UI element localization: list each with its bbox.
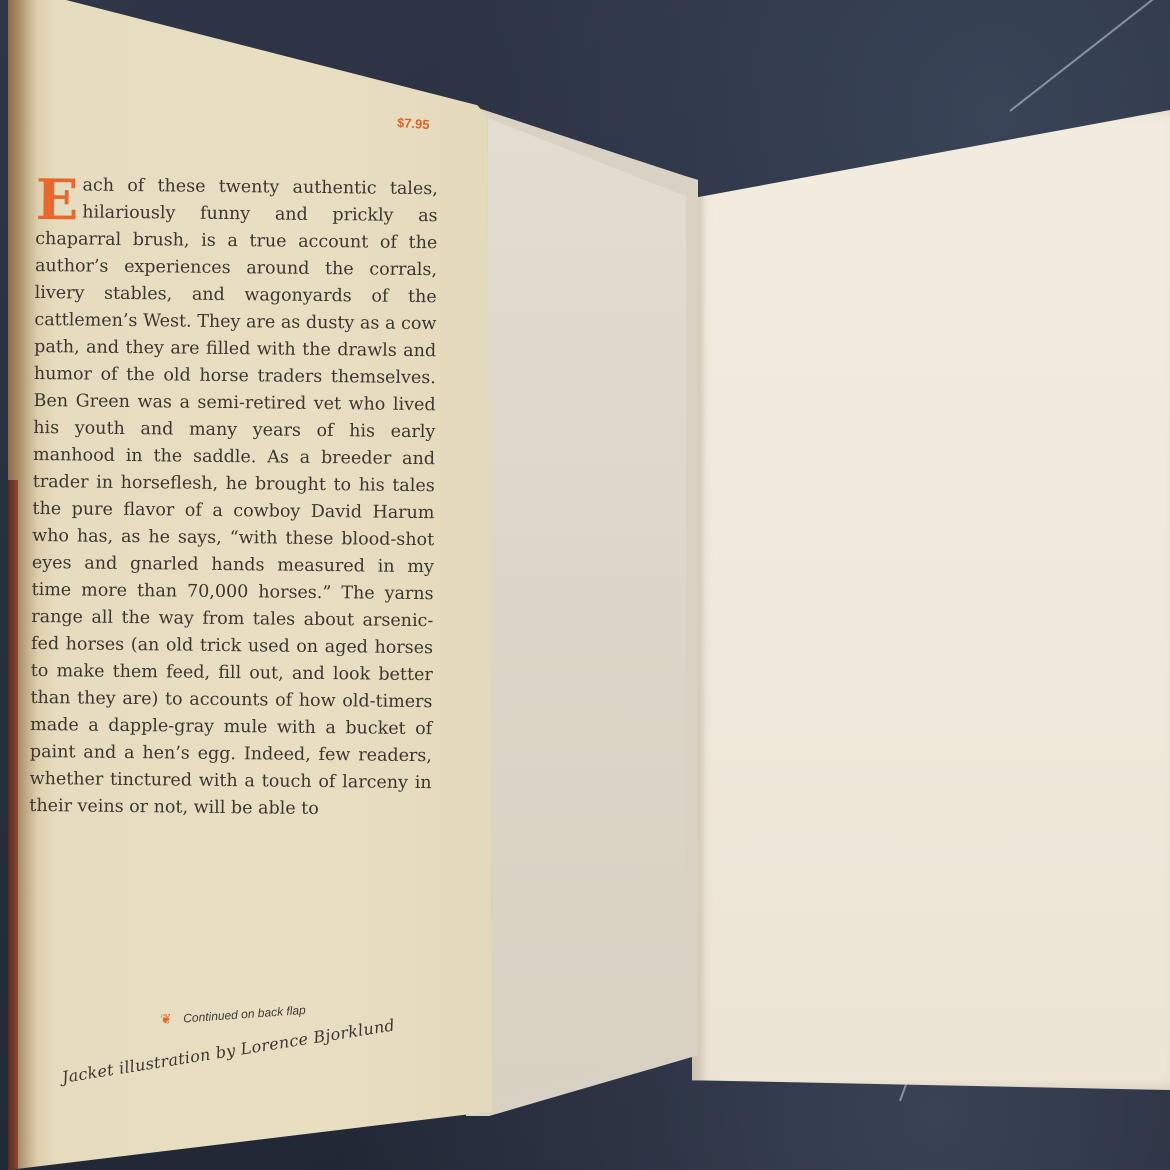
flap-blurb: E ach of these twenty authentic tales, h… [29,172,438,824]
surface-crack [1009,0,1168,112]
blank-first-page [692,110,1170,1090]
endpaper [488,118,686,1098]
jacket-spine-edge [8,480,18,1170]
drop-cap: E [35,176,78,224]
fleuron-icon: ❦ [160,1010,173,1027]
blurb-text: ach of these twenty authentic tales, hil… [29,172,438,824]
price-label: $7.95 [397,115,431,132]
